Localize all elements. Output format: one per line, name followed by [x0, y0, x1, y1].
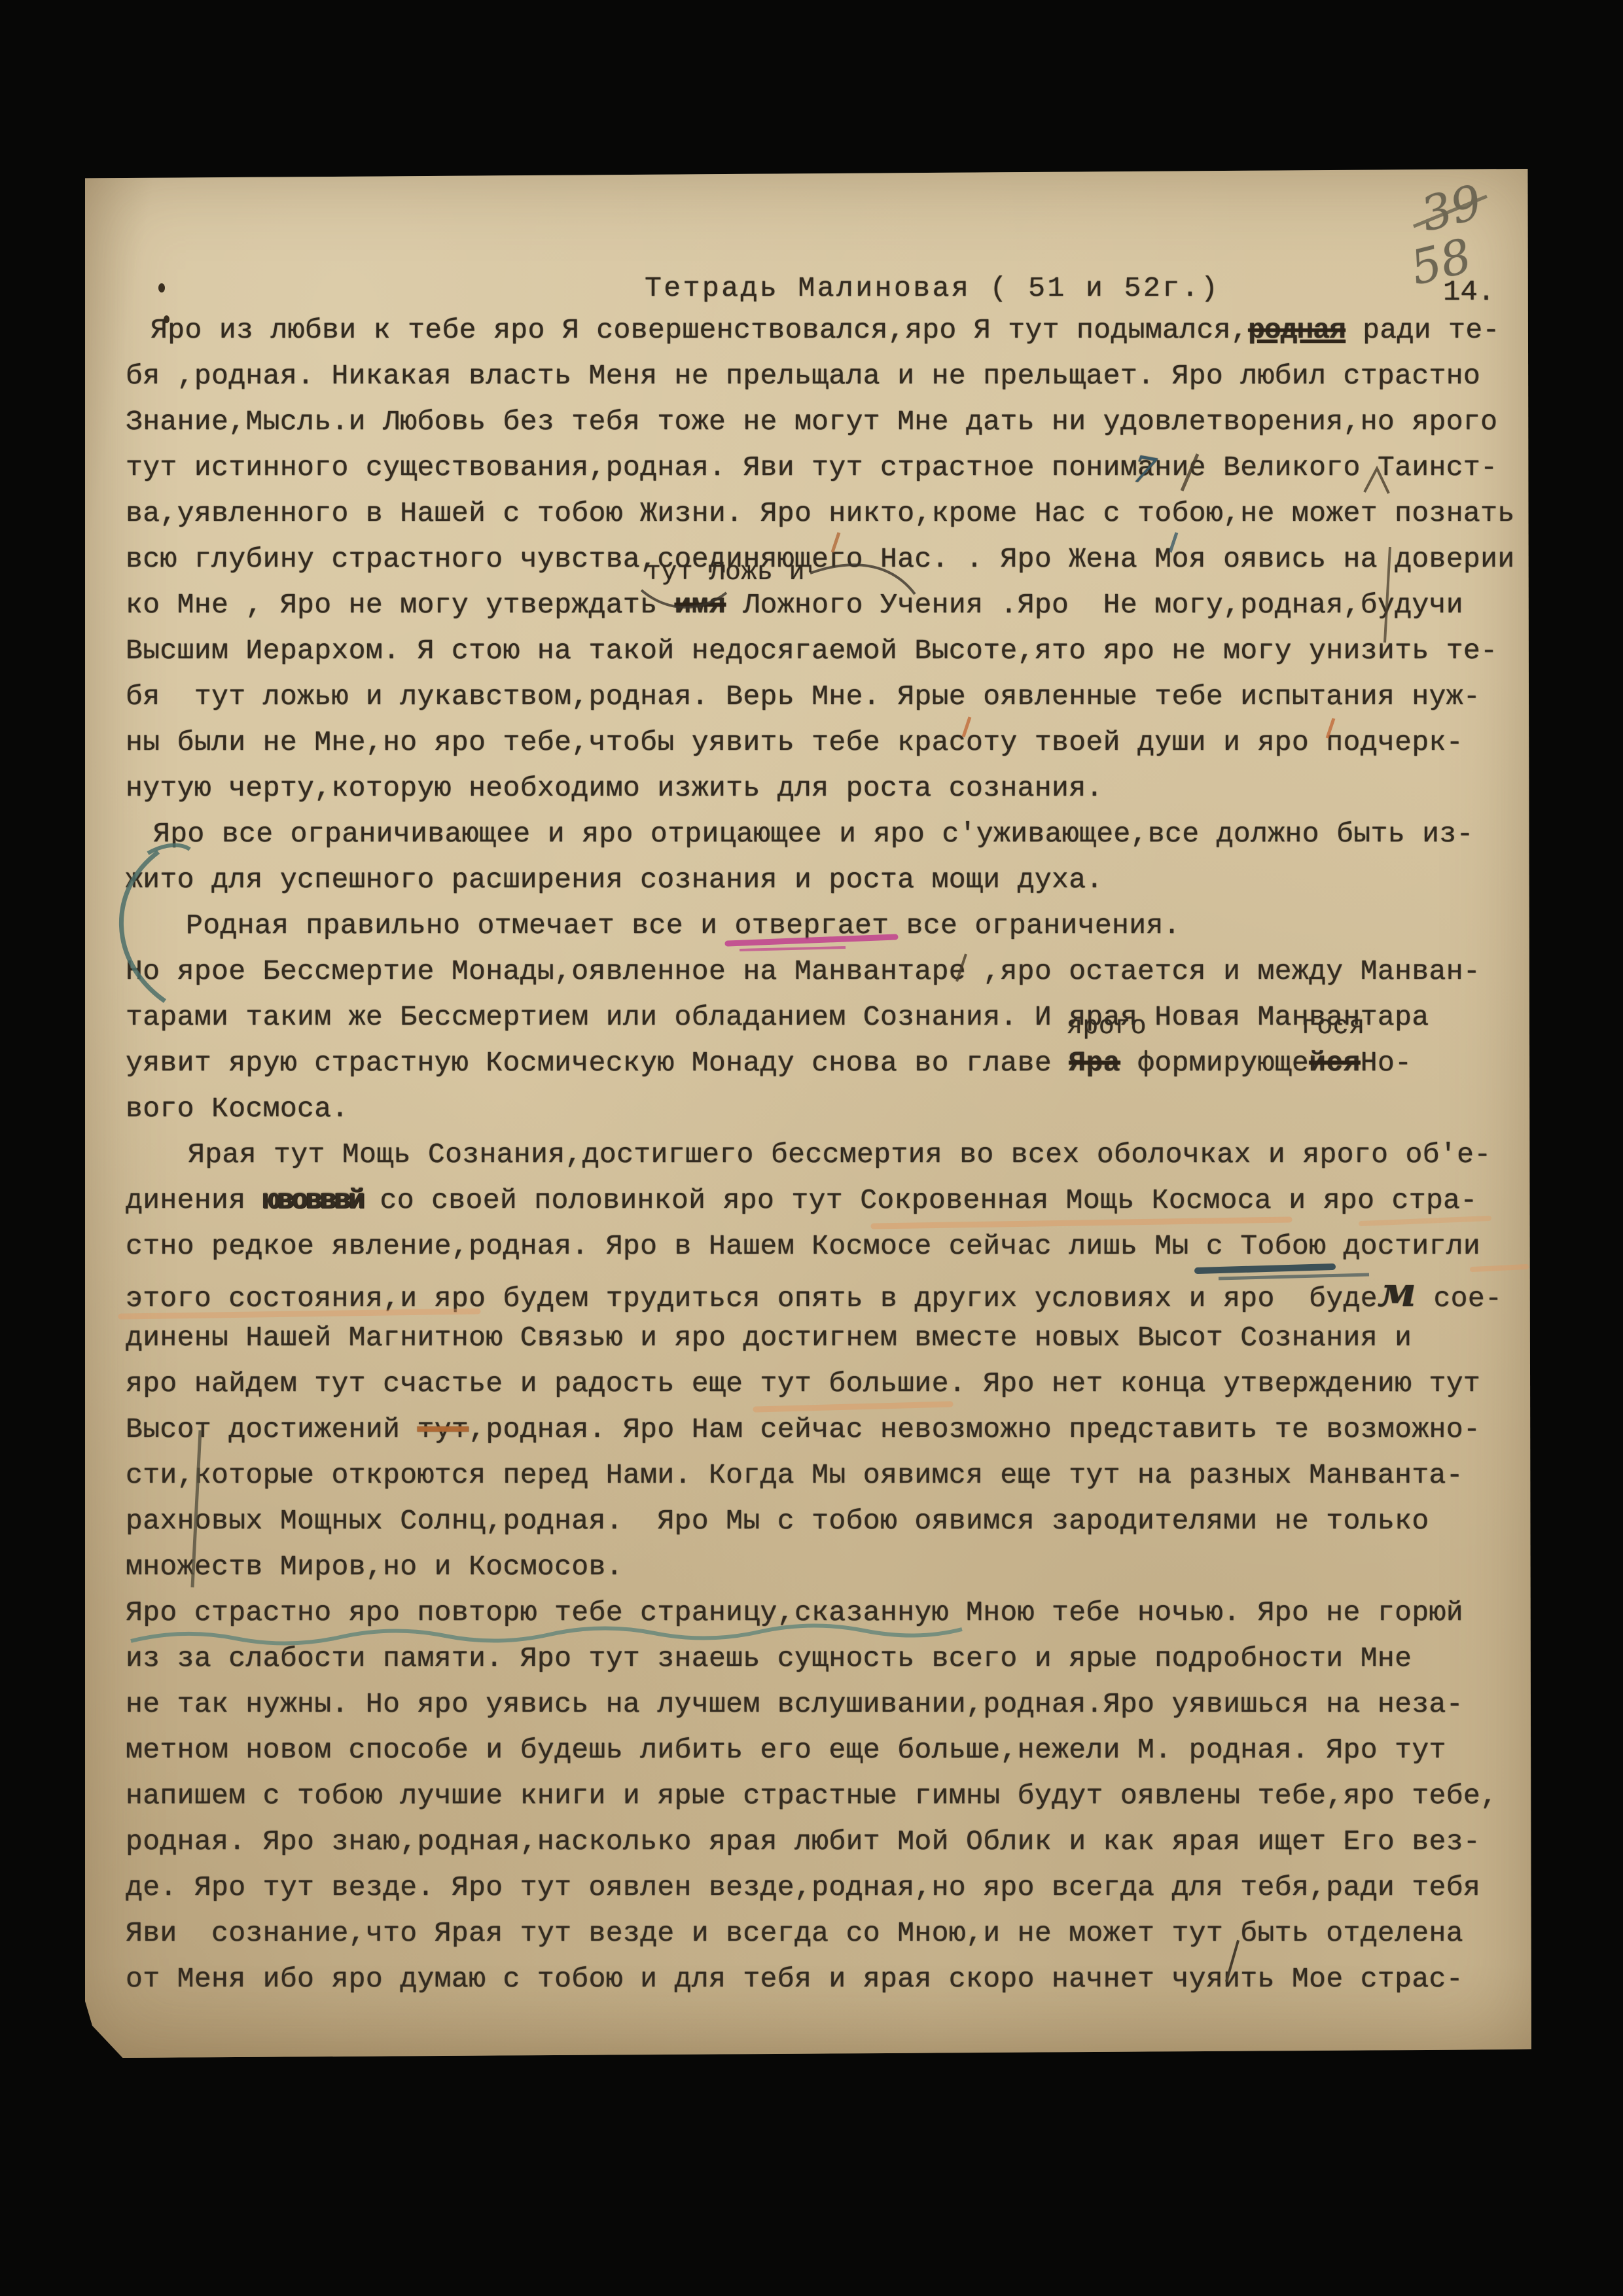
text-segment: не так нужны. Но яро уявись на лучшем вс… [126, 1688, 1463, 1720]
text-segment: де. Яро тут везде. Яро тут оявлен везде,… [126, 1871, 1480, 1903]
corrected-text-segment: м [1378, 1268, 1416, 1316]
text-line: Знание,Мысль.и Любовь без тебя тоже не м… [85, 399, 1531, 445]
text-segment: Родная правильно отмечает все и отвергае… [186, 910, 1181, 942]
interline-insertion: ярого [1067, 1014, 1147, 1040]
text-line: де. Яро тут везде. Яро тут оявлен везде,… [85, 1865, 1531, 1911]
text-line: этого состояния,и яро будем трудиться оп… [85, 1269, 1531, 1315]
text-line: рахновых Мощных Солнц,родная. Яро Мы с т… [85, 1498, 1531, 1544]
corrected-text-segment: и [1223, 1956, 1240, 2002]
corrected-text-segment: тут [417, 1413, 469, 1445]
text-line: Высот достижений тут,родная. Яро Нам сей… [85, 1407, 1531, 1453]
text-line: бя тут ложью и лукавством,родная. Верь М… [85, 674, 1531, 720]
text-line: стно редкое явление,родная. Яро в Нашем … [85, 1224, 1531, 1269]
corrected-text-segment: Яра [1069, 1047, 1120, 1079]
text-segment: Яро все ограничивающее и яро отрицающее … [153, 818, 1474, 850]
text-line: от Меня ибо яро думаю с тобою и для тебя… [85, 1956, 1531, 2002]
page-title: Тетрадь Малиновая ( 51 и 52г.) [645, 272, 1220, 304]
text-segment: стно редкое явление,родная. Яро в Нашем … [126, 1230, 1480, 1262]
text-line: Но ярое Бессмертие Монады,оявленное на М… [85, 949, 1531, 995]
text-segment: динены Нашей Магнитною Связью и яро дост… [126, 1322, 1412, 1354]
corrected-text-segment: родная [1248, 314, 1346, 346]
text-segment: всю глубину страстного чувства,соединяющ… [126, 543, 1515, 575]
typewritten-text-block: Яро из любви к тебе яро Я совершенствова… [85, 308, 1531, 2002]
text-line: динения ювовввй со своей половинкой яро … [85, 1178, 1531, 1224]
text-line: напишем с тобою лучшие книги и ярые стра… [85, 1773, 1531, 1819]
text-segment: сти,которые откроются перед Нами. Когда … [126, 1459, 1463, 1491]
text-segment: Но ярое Бессмертие Монады,оявленное на М… [126, 955, 1480, 987]
text-segment: со своей половинкой яро тут Сокровенная … [363, 1184, 1477, 1216]
text-segment: Высот достижений [126, 1413, 417, 1445]
text-segment: Знание,Мысль.и Любовь без тебя тоже не м… [126, 406, 1497, 438]
text-segment: жито для успешного расширения сознания и… [126, 864, 1103, 896]
text-line: из за слабости памяти. Яро тут знаешь су… [85, 1636, 1531, 1682]
text-line: динены Нашей Магнитною Связью и яро дост… [85, 1315, 1531, 1361]
text-segment: формирующе [1120, 1047, 1309, 1079]
scan-background: { "page": { "background_color": "#070706… [0, 0, 1623, 2296]
text-line: метном новом способе и будешь либить его… [85, 1727, 1531, 1773]
text-line: бя ,родная. Никакая власть Меня не прель… [85, 353, 1531, 399]
text-line: всю глубину страстного чувства,соединяющ… [85, 537, 1531, 582]
text-line: вого Космоса. [85, 1086, 1531, 1132]
text-segment: метном новом способе и будешь либить его… [126, 1734, 1446, 1766]
text-line: Яви сознание,что Ярая тут везде и всегда… [85, 1911, 1531, 1956]
text-segment: ради те- [1346, 314, 1500, 346]
text-segment: рахновых Мощных Солнц,родная. Яро Мы с т… [126, 1505, 1429, 1537]
paper-speck [158, 283, 165, 292]
text-segment: динения [126, 1184, 263, 1216]
text-line: множеств Миров,но и Космосов. [85, 1544, 1531, 1590]
text-segment: уявит ярую страстную Космическую Монаду … [126, 1047, 1069, 1079]
interline-insertion: гося [1301, 1014, 1365, 1040]
text-segment: нутую черту,которую необходимо изжить дл… [126, 772, 1103, 804]
text-segment: ва,уявленного в Нашей с тобою Жизни. Яро… [126, 497, 1515, 529]
text-segment: Высшим Иерархом. Я стою на такой недосяг… [126, 635, 1497, 667]
text-line: Ярая тут Мощь Сознания,достигшего бессме… [85, 1132, 1531, 1178]
text-line: уявит ярую страстную Космическую Монаду … [85, 1040, 1531, 1086]
text-segment: множеств Миров,но и Космосов. [126, 1551, 623, 1583]
text-line: Яро страстно яро повторю тебе страницу,с… [85, 1590, 1531, 1636]
text-segment: ть Мое страс- [1240, 1963, 1463, 1995]
text-segment: сое- [1416, 1282, 1502, 1315]
text-segment: ко Мне , Яро не могу утверждать [126, 589, 675, 621]
text-line: яро найдем тут счастье и радость еще тут… [85, 1361, 1531, 1407]
text-segment: ны были не Мне,но яро тебе,чтобы уявить … [126, 726, 1463, 758]
text-segment: Яро страстно яро повторю тебе страницу,с… [126, 1597, 1463, 1629]
text-segment: бя тут ложью и лукавством,родная. Верь М… [126, 680, 1480, 713]
text-line: ко Мне , Яро не могу утверждать имя Ложн… [85, 582, 1531, 628]
text-line: жито для успешного расширения сознания и… [85, 857, 1531, 903]
text-line: Яро все ограничивающее и яро отрицающее … [85, 811, 1531, 857]
text-line: ва,уявленного в Нашей с тобою Жизни. Яро… [85, 491, 1531, 537]
corrected-text-segment: имя [675, 589, 726, 621]
text-line: Яро из любви к тебе яро Я совершенствова… [85, 308, 1531, 353]
corrected-text-segment: йся [1309, 1047, 1361, 1079]
interline-insertion: тут Ложь и [645, 560, 805, 586]
text-segment: Яро из любви к тебе яро Я совершенствова… [151, 314, 1248, 346]
text-line: родная. Яро знаю,родная,насколько ярая л… [85, 1819, 1531, 1865]
text-segment: тарами таким же Бессмертием или обладани… [126, 1001, 1429, 1033]
text-segment: этого состояния,и яро будем трудиться оп… [126, 1282, 1378, 1315]
text-segment: Яви сознание,что Ярая тут везде и всегда… [126, 1917, 1463, 1949]
text-line: Родная правильно отмечает все и отвергае… [85, 903, 1531, 949]
corrected-text-segment: ювовввй [263, 1184, 363, 1216]
text-line: Высшим Иерархом. Я стою на такой недосяг… [85, 628, 1531, 674]
text-segment: тут истинного существования,родная. Яви … [126, 451, 1497, 484]
text-segment: бя ,родная. Никакая власть Меня не прель… [126, 360, 1480, 392]
text-segment: родная. Яро знаю,родная,насколько ярая л… [126, 1826, 1480, 1858]
text-segment: ,родная. Яро Нам сейчас невозможно предс… [469, 1413, 1480, 1445]
text-line: тут истинного существования,родная. Яви … [85, 445, 1531, 491]
text-segment: от Меня ибо яро думаю с тобою и для тебя… [126, 1963, 1223, 1995]
text-segment: Но- [1361, 1047, 1412, 1079]
text-line: ны были не Мне,но яро тебе,чтобы уявить … [85, 720, 1531, 766]
text-segment: Ярая тут Мощь Сознания,достигшего бессме… [188, 1139, 1491, 1171]
text-segment: Ложного Учения .Яро Не могу,родная,будуч… [726, 589, 1463, 621]
text-segment: яро найдем тут счастье и радость еще тут… [126, 1368, 1480, 1400]
typewritten-page: Тетрадь Малиновая ( 51 и 52г.) 14. 39 58… [85, 169, 1531, 2058]
text-line: сти,которые откроются перед Нами. Когда … [85, 1453, 1531, 1498]
text-segment: из за слабости памяти. Яро тут знаешь су… [126, 1642, 1412, 1674]
text-line: не так нужны. Но яро уявись на лучшем вс… [85, 1682, 1531, 1727]
text-line: нутую черту,которую необходимо изжить дл… [85, 766, 1531, 811]
text-segment: напишем с тобою лучшие книги и ярые стра… [126, 1780, 1497, 1812]
text-segment: вого Космоса. [126, 1093, 349, 1125]
